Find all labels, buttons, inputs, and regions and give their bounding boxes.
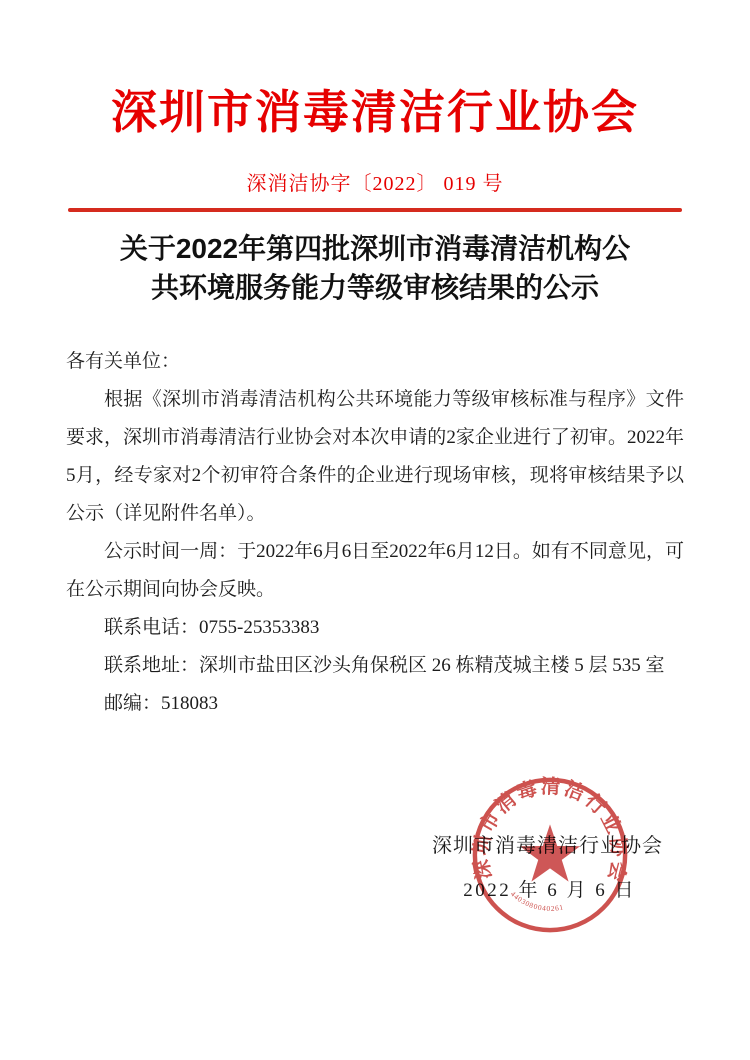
postal-code: 邮编：518083 [66, 685, 684, 723]
signature-org-name: 深圳市消毒清洁行业协会 [0, 833, 750, 859]
paragraph-publicity-period: 公示时间一周：于2022年6月6日至2022年6月12日。如有不同意见，可在公示… [66, 533, 684, 609]
contact-phone: 联系电话：0755-25353383 [66, 609, 684, 647]
contact-address: 联系地址：深圳市盐田区沙头角保税区 26 栋精茂城主楼 5 层 535 室 [66, 647, 684, 685]
paragraph-review-result: 根据《深圳市消毒清洁机构公共环境能力等级审核标准与程序》文件要求，深圳市消毒清洁… [66, 381, 684, 533]
salutation: 各有关单位： [66, 343, 684, 381]
signature-date: 2022 年 6 月 6 日 [0, 875, 750, 902]
red-divider-rule [68, 208, 682, 212]
signature-block: 深圳市消毒清洁行业协会 2022 年 6 月 6 日 [0, 833, 750, 902]
document-body: 各有关单位： 根据《深圳市消毒清洁机构公共环境能力等级审核标准与程序》文件要求，… [66, 343, 684, 723]
document-page: 深圳市消毒清洁行业协会 深消洁协字〔2022〕 019 号 关于2022年第四批… [0, 0, 750, 1060]
document-title: 关于2022年第四批深圳市消毒清洁机构公 共环境服务能力等级审核结果的公示 [0, 229, 750, 307]
document-title-line2: 共环境服务能力等级审核结果的公示 [0, 268, 750, 307]
document-number: 深消洁协字〔2022〕 019 号 [0, 167, 750, 196]
document-title-line1: 关于2022年第四批深圳市消毒清洁机构公 [0, 229, 750, 268]
association-header-title: 深圳市消毒清洁行业协会 [0, 0, 750, 142]
